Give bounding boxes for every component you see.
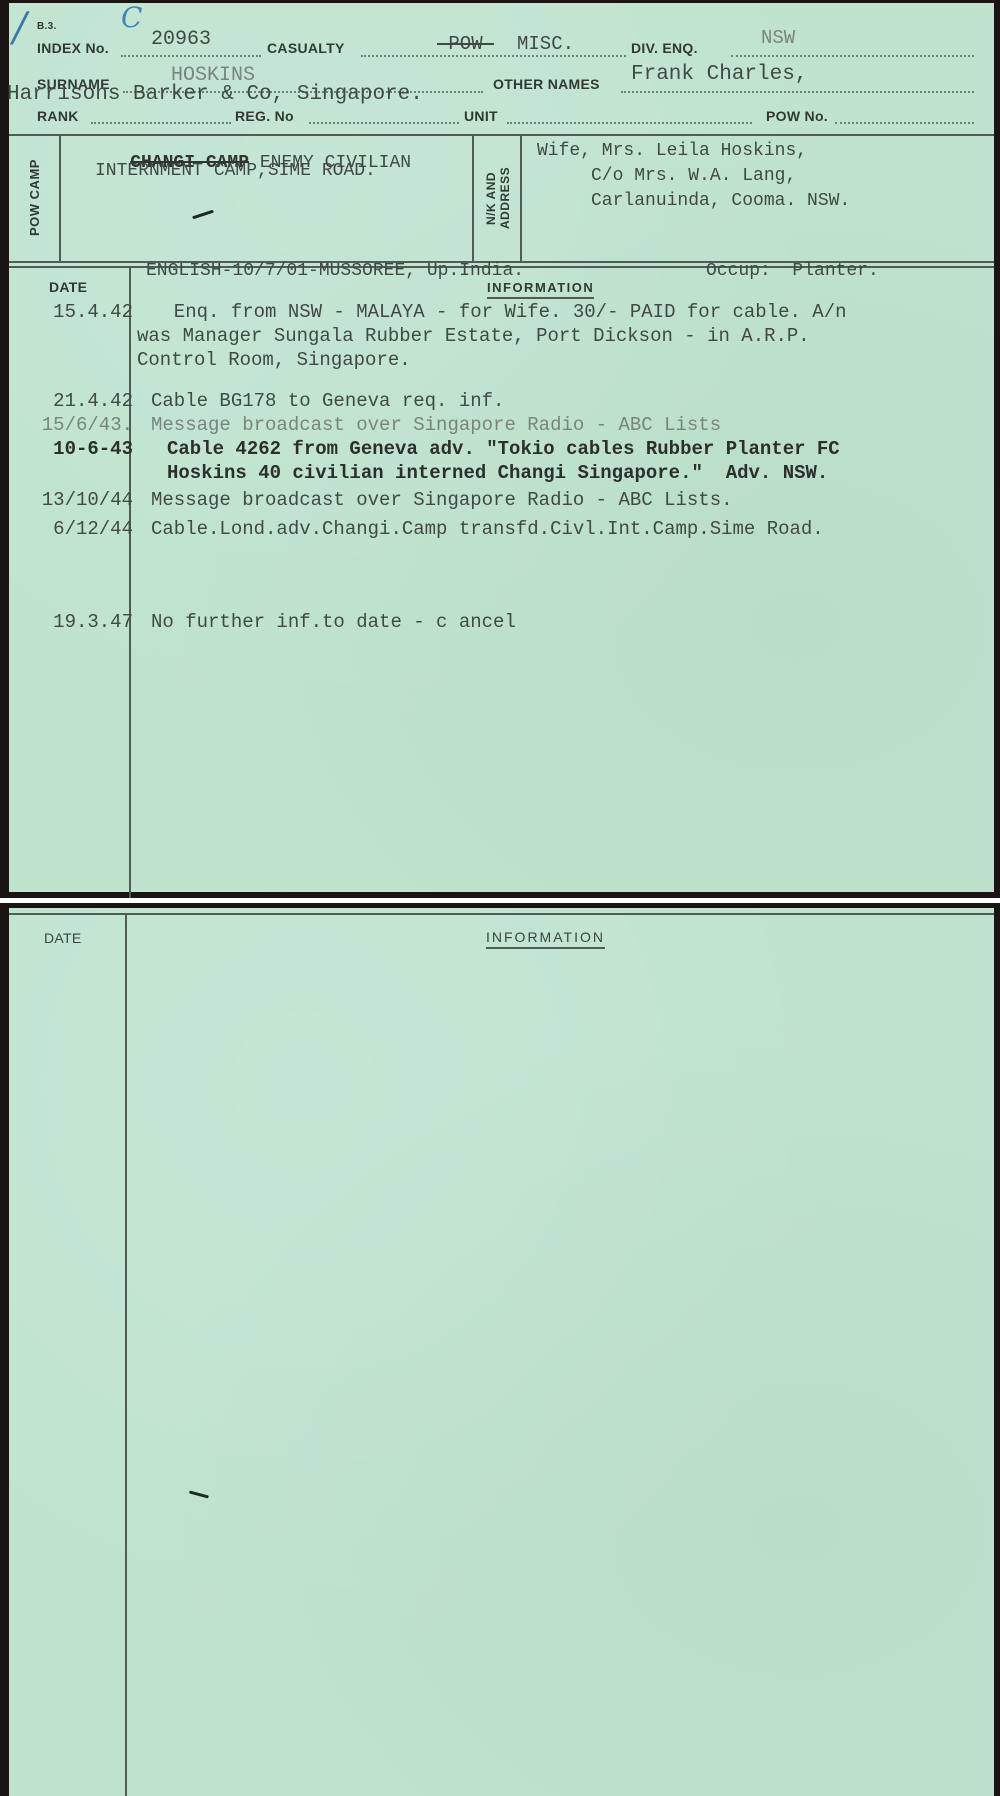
occupation: Occup: Planter.	[706, 261, 879, 281]
pow-camp-value-line2: INTERNMENT CAMP,SIME ROAD.	[95, 161, 376, 181]
record-card-front: / C B.3. INDEX No. 20963 CASUALTY -POW- …	[0, 0, 1000, 898]
reg-no-label: REG. No	[235, 108, 294, 124]
casualty-value: MISC.	[517, 33, 574, 55]
pow-no-label: POW No.	[766, 108, 828, 124]
index-no-value: 20963	[151, 28, 211, 51]
entry-date: 19.3.47	[53, 611, 133, 633]
entry-date: 21.4.42	[53, 390, 133, 412]
entry-date: 10-6-43	[53, 438, 133, 460]
record-card-back: DATE INFORMATION	[0, 903, 1000, 1796]
index-no-dots	[121, 55, 261, 57]
pow-camp-label: POW CAMP	[27, 153, 42, 243]
date-header: DATE	[44, 930, 82, 946]
entry-text-line: Cable.Lond.adv.Changi.Camp transfd.Civl.…	[151, 518, 824, 540]
entry-text-line: No further inf.to date - c ancel	[151, 611, 516, 633]
date-header: DATE	[49, 279, 87, 295]
div-enq-label: DIV. ENQ.	[631, 40, 698, 56]
entry-date: 13/10/44	[42, 489, 133, 511]
entry-date: 6/12/44	[53, 518, 133, 540]
reg-no-dots	[309, 122, 459, 124]
address-divider-left	[472, 134, 474, 261]
nk-address-value: Wife, Mrs. Leila Hoskins, C/o Mrs. W.A. …	[537, 139, 850, 214]
employer-value: Harrisons Barker & Co, Singapore.	[7, 83, 423, 106]
entry-date: 15/6/43.	[42, 414, 133, 436]
information-header: INFORMATION	[487, 280, 594, 299]
index-no-label: INDEX No.	[37, 40, 109, 56]
casualty-dots	[361, 55, 626, 57]
date-column-divider	[125, 913, 127, 1796]
tick-annotation: /	[13, 5, 26, 51]
nk-address-label: N/K AND ADDRESS	[484, 143, 516, 253]
address-divider-right	[520, 134, 522, 261]
top-rule	[9, 913, 994, 915]
other-names-label: OTHER NAMES	[493, 76, 600, 92]
entry-text-line: Message broadcast over Singapore Radio -…	[151, 489, 733, 511]
unit-label: UNIT	[464, 108, 498, 124]
entry-text-line: was Manager Sungala Rubber Estate, Port …	[137, 325, 810, 347]
nk-address-line: C/o Mrs. W.A. Lang,	[537, 164, 850, 189]
nk-address-line: Carlanuinda, Cooma. NSW.	[537, 189, 850, 214]
date-column-divider	[129, 268, 131, 898]
div-enq-dots	[731, 55, 974, 57]
pow-no-dots	[835, 122, 974, 124]
entry-text-line: Cable BG178 to Geneva req. inf.	[151, 390, 504, 412]
rank-dots	[91, 122, 231, 124]
entry-date: 15.4.42	[53, 301, 133, 323]
entry-text-line: Cable 4262 from Geneva adv. "Tokio cable…	[167, 438, 840, 460]
nk-address-line: Wife, Mrs. Leila Hoskins,	[537, 139, 850, 164]
form-code: B.3.	[37, 21, 57, 32]
camp-divider	[59, 134, 61, 261]
casualty-struck-value: -POW-	[437, 33, 494, 55]
other-names-dots	[621, 91, 974, 93]
pen-mark	[192, 210, 214, 220]
div-enq-value: NSW	[761, 27, 795, 49]
entry-text-line: Hoskins 40 civilian interned Changi Sing…	[167, 462, 828, 484]
entry-text-line: Enq. from NSW - MALAYA - for Wife. 30/- …	[151, 301, 847, 323]
letter-annotation: C	[121, 1, 142, 34]
entry-text-line: Message broadcast over Singapore Radio -…	[151, 414, 721, 436]
other-names-value: Frank Charles,	[631, 63, 807, 86]
unit-dots	[507, 122, 752, 124]
paper-texture	[9, 908, 994, 1796]
casualty-label: CASUALTY	[267, 40, 345, 56]
rank-label: RANK	[37, 108, 79, 124]
entry-text-line: Control Room, Singapore.	[137, 349, 411, 371]
information-header: INFORMATION	[486, 929, 605, 949]
birth-details: ENGLISH-10/7/01-MUSSOREE, Up.India.	[146, 261, 524, 281]
pen-mark	[189, 1490, 209, 1498]
